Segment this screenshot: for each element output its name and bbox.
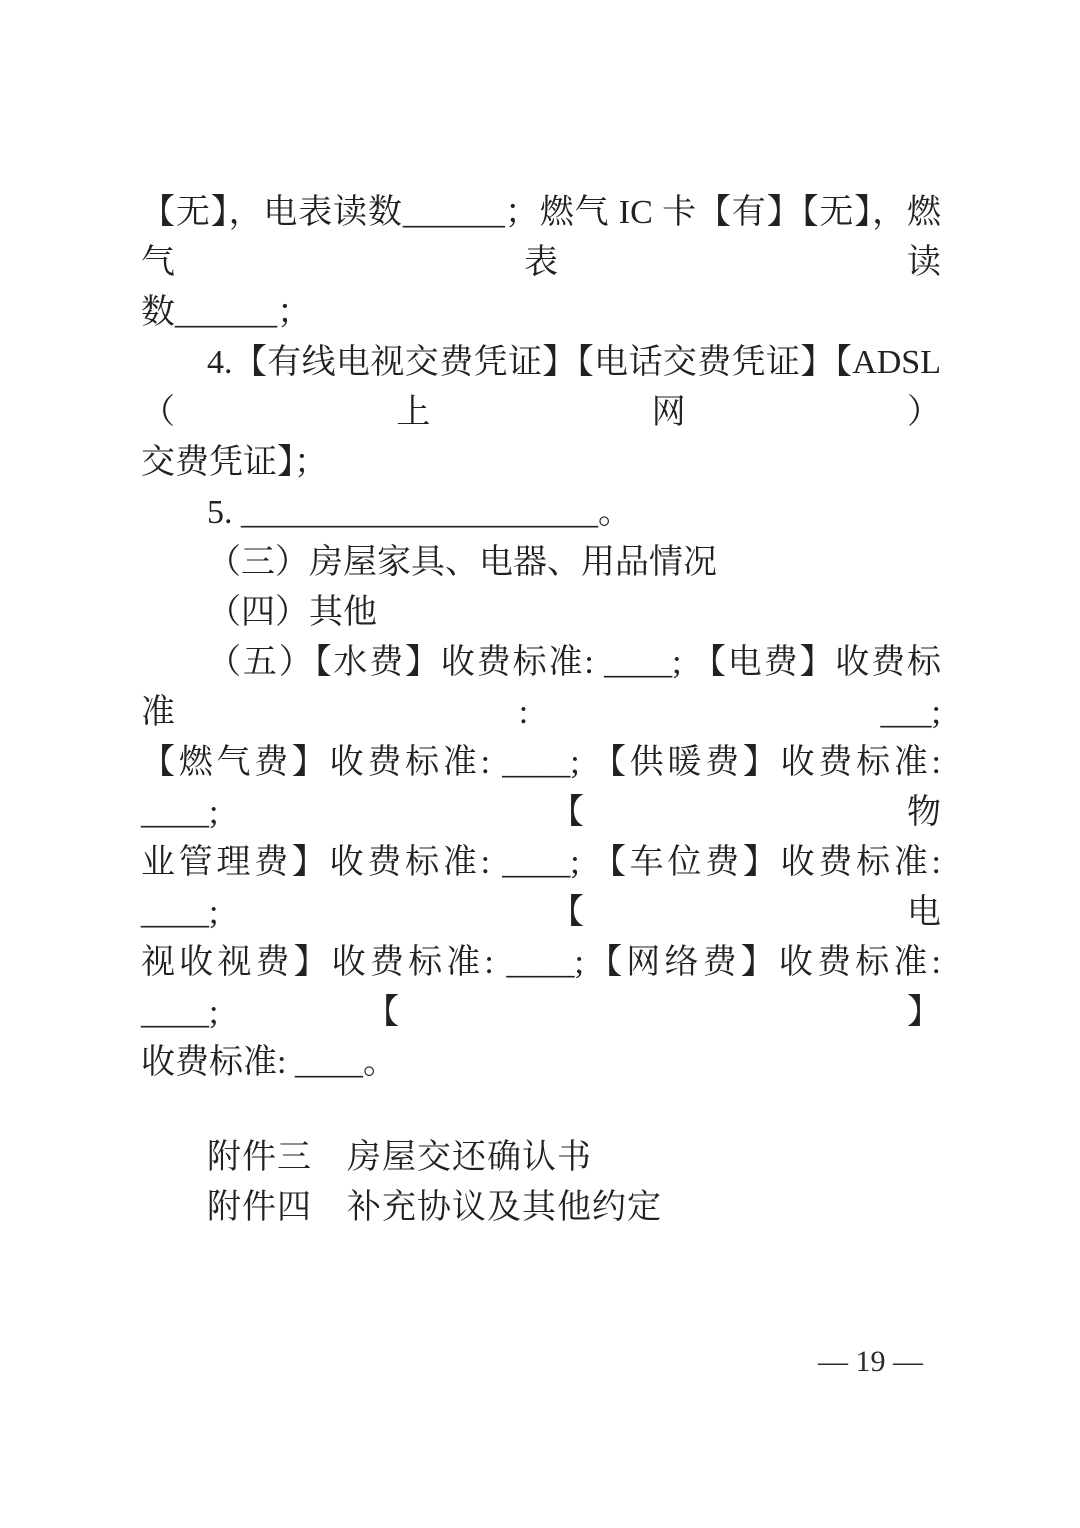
- document-line: 数______；: [141, 288, 941, 338]
- document-page: 【无】，电表读数______；燃气 IC 卡【有】【无】，燃气表读 数_____…: [0, 0, 1080, 1528]
- document-line: 【无】，电表读数______；燃气 IC 卡【有】【无】，燃气表读: [141, 188, 941, 288]
- document-line: （五）【水费】收费标准: ____; 【电费】收费标准: ___;: [141, 638, 941, 738]
- document-line: 5. _____________________。: [141, 488, 941, 538]
- document-body: 【无】，电表读数______；燃气 IC 卡【有】【无】，燃气表读 数_____…: [141, 188, 941, 1233]
- page-footer: — 19 —: [0, 1343, 923, 1381]
- document-line: 交费凭证】；: [141, 438, 941, 488]
- attachment-line: 附件四 补充协议及其他约定: [141, 1183, 941, 1233]
- document-line: 【燃气费】收费标准: ____; 【供暖费】收费标准: ____; 【物: [141, 738, 941, 838]
- document-line: 4.【有线电视交费凭证】【电话交费凭证】【ADSL（上网）: [141, 338, 941, 438]
- document-line: 视收视费】收费标准: ____;【网络费】收费标准: ____;【 】: [141, 938, 941, 1038]
- page-number: — 19 —: [818, 1345, 923, 1378]
- document-line: 收费标准: ____。: [141, 1038, 941, 1088]
- document-line: （四）其他: [141, 588, 941, 638]
- attachment-line: 附件三 房屋交还确认书: [141, 1133, 941, 1183]
- document-line: （三）房屋家具、电器、用品情况: [141, 538, 941, 588]
- paragraph-spacer: [141, 1088, 941, 1133]
- document-line: 业管理费】收费标准: ____; 【车位费】收费标准: ____; 【电: [141, 838, 941, 938]
